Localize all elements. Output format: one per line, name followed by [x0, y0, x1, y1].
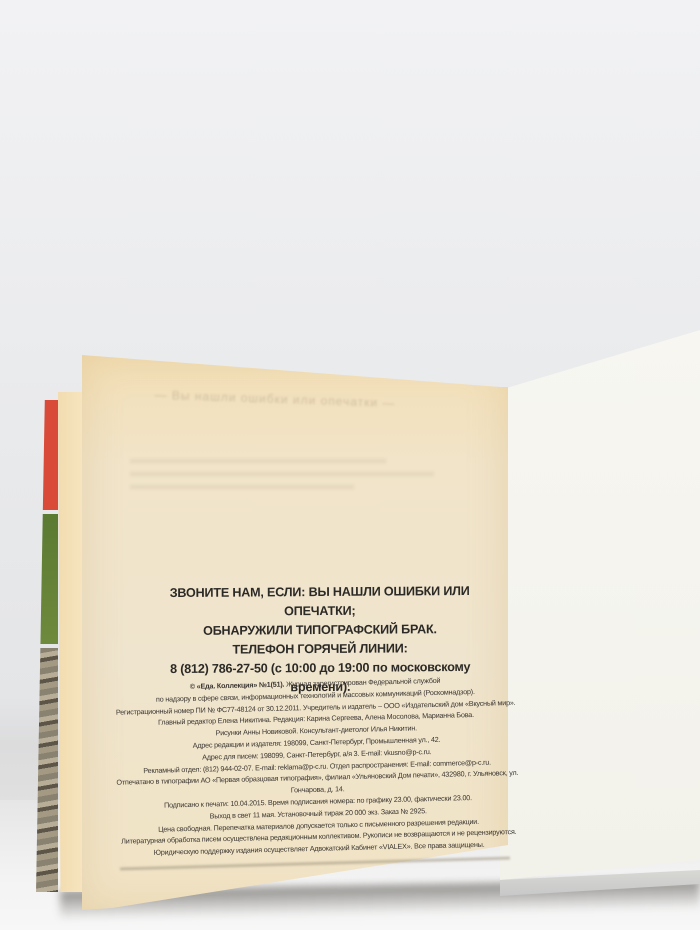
- cover-red-band: [36, 400, 58, 510]
- hotline-line-3: ТЕЛЕФОН ГОРЯЧЕЙ ЛИНИИ:: [150, 639, 490, 660]
- cover-green-band: [36, 514, 58, 644]
- hotline-line-2: ОБНАРУЖИЛИ ТИПОГРАФСКИЙ БРАК.: [150, 620, 490, 641]
- book-cover-edge: [36, 400, 58, 892]
- right-page-blank: [500, 330, 700, 890]
- imprint-title: © «Еда. Коллекция» №1(51).: [190, 680, 285, 691]
- imprint-block: © «Еда. Коллекция» №1(51). Журнал зареги…: [105, 673, 529, 860]
- hotline-line-1: ЗВОНИТЕ НАМ, ЕСЛИ: ВЫ НАШЛИ ОШИБКИ ИЛИ О…: [150, 582, 490, 622]
- cover-photo-band: [36, 648, 58, 892]
- show-through-lines: [130, 450, 450, 498]
